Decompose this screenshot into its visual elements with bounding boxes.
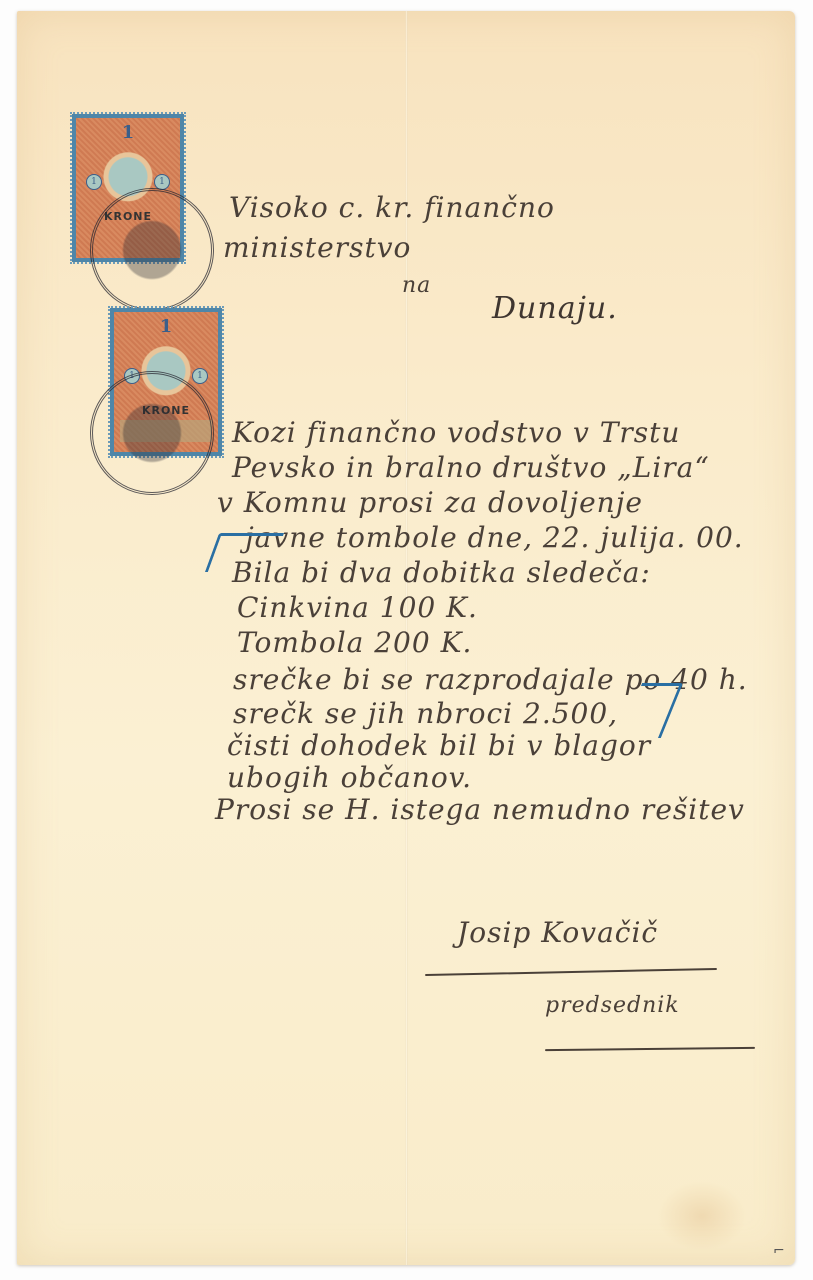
- body-line-2: Pevsko in bralno društvo „Lira“: [232, 451, 710, 484]
- address-line-3: na: [402, 273, 431, 298]
- signature-name: Josip Kovačič: [457, 916, 658, 949]
- body-line-1: Kozi finančno vodstvo v Trstu: [232, 416, 680, 449]
- postmark-cancel-2: [90, 371, 214, 495]
- body-line-9: srečk se jih nbroci 2.500,: [233, 697, 618, 730]
- body-line-11: ubogih občanov.: [227, 761, 472, 794]
- body-line-7: Tombola 200 K.: [237, 626, 472, 659]
- address-city: Dunaju.: [492, 291, 618, 326]
- body-line-5: Bila bi dva dobitka sledeča:: [232, 556, 651, 589]
- stamp-denomination: 1: [114, 316, 218, 337]
- stamp-denomination: 1: [76, 122, 180, 143]
- corner-pencil-mark: ⌐: [773, 1243, 791, 1261]
- postmark-cancel-1: [90, 188, 214, 312]
- body-line-12: Prosi se H. istega nemudno rešitev: [215, 793, 745, 826]
- title-underline: [545, 1047, 755, 1051]
- address-line-2: ministerstvo: [223, 231, 411, 264]
- paper-stain: [657, 1181, 747, 1251]
- signature-underline: [425, 968, 717, 976]
- letter-page: 1 1 1 KRONE 1 1 1 KRONE Visoko c. kr. fi…: [17, 11, 795, 1265]
- stamp-corner-denomination-right: 1: [192, 368, 208, 384]
- signature-title: predsednik: [545, 993, 680, 1018]
- body-line-10: čisti dohodek bil bi v blagor: [227, 729, 651, 762]
- address-line-1: Visoko c. kr. finančno: [229, 191, 555, 224]
- body-line-3: v Komnu prosi za dovoljenje: [217, 486, 643, 519]
- body-line-6: Cinkvina 100 K.: [237, 591, 478, 624]
- body-line-4: javne tombole dne, 22. julija. 00.: [245, 521, 744, 554]
- stamp-corner-denomination-left: 1: [86, 174, 102, 190]
